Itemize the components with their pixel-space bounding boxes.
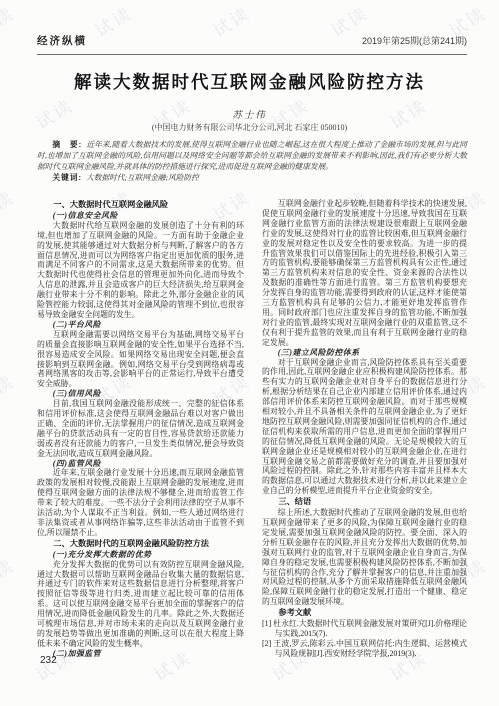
- keywords-label: 关键词:: [52, 173, 86, 182]
- subsection-heading-1-4: (四)监管风险: [37, 459, 244, 469]
- paragraph-info-security-risk: 大数据时代给互联网金融的发展创造了十分有利的环境,但也增加了互联网金融的风险。一…: [37, 221, 244, 320]
- header-divider: [37, 54, 467, 55]
- watermark-text: 试读: [0, 183, 19, 225]
- author-affiliation: (中国电力财务有限公司华北分公司,河北 石家庄 050010): [0, 122, 499, 133]
- author-name: 苏士伟: [0, 107, 499, 121]
- journal-section-label: 经济纵横: [37, 33, 87, 48]
- subsection-heading-1-1: (一)信息安全风险: [37, 211, 244, 221]
- keywords-text: 大数据时代;互联网金融;风险防控: [86, 173, 199, 182]
- subsection-heading-1-3: (三)信用风险: [37, 389, 244, 399]
- page-number: 232: [40, 655, 57, 666]
- section-heading-2: 二、大数据时代的互联网金融风险防控方法: [37, 539, 244, 549]
- abstract-text: 近年来,随着大数据技术的发展,使得互联网金融行业也随之崛起,这在很大程度上推动了…: [37, 140, 467, 171]
- issue-info-label: 2019年第25期(总第241期): [362, 34, 467, 47]
- journal-page: 试读试读试读试读试读试读试读试读试读试读试读试读试读试读试读试读试读试读试读试读…: [0, 0, 499, 706]
- subsection-heading-1-2: (二)平台风险: [37, 320, 244, 330]
- paragraph-platform-risk: 互联网金融需要以网络交易平台为基础,网络交易平台的质量会直接影响互联网金融的安全…: [37, 330, 244, 389]
- right-column: 互联网金融行业起步较晚,但随着科学技术的快速发展,促使互联网金融行业的发展速度十…: [262, 199, 467, 659]
- paragraph-strengthen-supervision: 互联网金融行业起步较晚,但随着科学技术的快速发展,促使互联网金融行业的发展速度十…: [262, 199, 467, 348]
- paragraph-regulatory-risk: 近年来,互联金融行业发展十分迅速,而互联网金融监管政策的发展相对较慢,没能跟上互…: [37, 468, 244, 537]
- references-heading: 参考文献: [262, 608, 467, 618]
- abstract-label: 摘 要:: [52, 140, 86, 149]
- section-heading-1: 一、大数据时代互联网金融风险: [37, 200, 244, 210]
- paragraph-conclusion: 综上所述,大数据时代推动了互联网金融的发展,但也给互联网金融带来了更多的风险,为…: [262, 508, 467, 607]
- abstract-paragraph: 摘 要:近年来,随着大数据技术的发展,使得互联网金融行业也随之崛起,这在很大程度…: [37, 140, 467, 173]
- paragraph-credit-risk: 目前,我国互联网金融没能形成统一、完整的征信体系和信用评价标准,这会使得互联网金…: [37, 399, 244, 458]
- watermark-text: 试读: [0, 367, 19, 409]
- abstract-block: 摘 要:近年来,随着大数据技术的发展,使得互联网金融行业也随之崛起,这在很大程度…: [37, 140, 467, 184]
- article-title: 解读大数据时代互联网金融风险防控方法: [0, 69, 499, 94]
- section-heading-3: 三、结语: [262, 497, 467, 507]
- reference-item-1: [1] 杜永红.大数据时代互联网金融发展对策研究[J].价格理论与实践,2015…: [262, 619, 467, 639]
- page-header: 经济纵横 2019年第25期(总第241期): [37, 33, 467, 48]
- paragraph-risk-control-system: 对于互联网金融企业而言,风险防控体系具有至关重要的作用,因此,互联网金融企业应积…: [262, 358, 467, 497]
- subsection-heading-2-2: (二)加强监管: [37, 649, 244, 659]
- keywords-line: 关键词:大数据时代;互联网金融;风险防控: [37, 173, 467, 184]
- reference-item-2: [2] 王波,罗云,陈彩云.中国互联网信托:内生逻辑、运营模式与风险规制[J].…: [262, 639, 467, 659]
- subsection-heading-2-1: (一)充分发挥大数据的优势: [37, 550, 244, 560]
- subsection-heading-2-3: (三)建立风险防控体系: [262, 348, 467, 358]
- left-column: 一、大数据时代互联网金融风险 (一)信息安全风险 大数据时代给互联网金融的发展创…: [37, 199, 244, 659]
- watermark-text: 试读: [0, 0, 19, 42]
- paragraph-big-data-advantage: 充分发挥大数据的优势可以有效防控互联网金融风险,通过大数据可以帮助互联网金融品台…: [37, 560, 244, 649]
- watermark-text: 试读: [0, 551, 19, 593]
